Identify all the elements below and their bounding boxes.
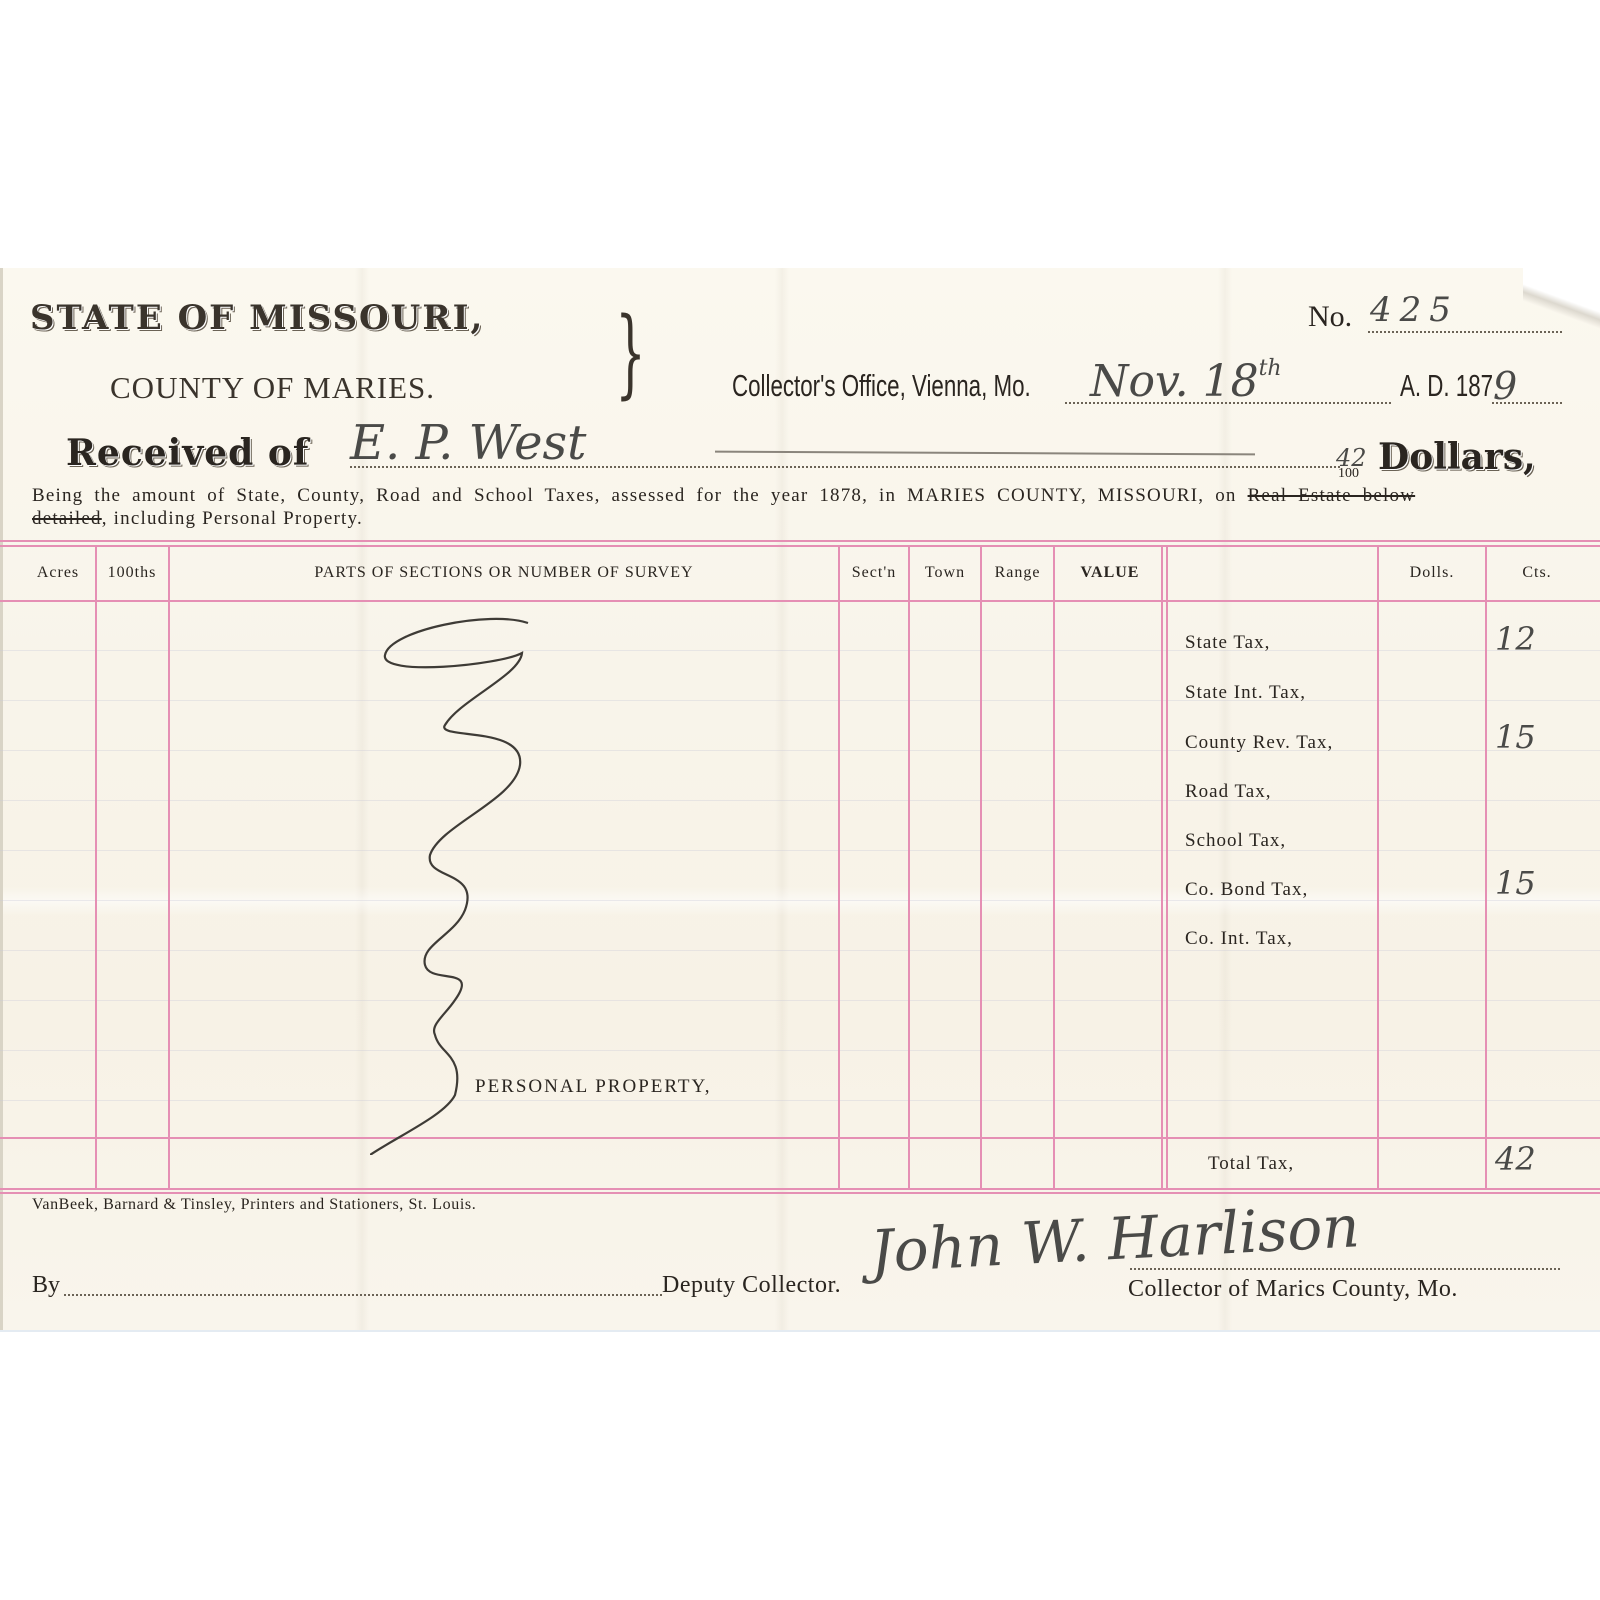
grid-line — [0, 600, 1600, 602]
tax-row-road: Road Tax, — [1185, 781, 1271, 803]
grid-line — [0, 545, 1600, 547]
personal-property-label: PERSONAL PROPERTY, — [475, 1076, 712, 1098]
brace-glyph: } — [615, 305, 646, 401]
printer-credit: VanBeek, Barnard & Tinsley, Printers and… — [32, 1196, 476, 1214]
tax-row-co-bond: Co. Bond Tax, — [1185, 879, 1308, 901]
grid-line — [1166, 545, 1168, 1190]
collector-title: Collector of Marics County, Mo. — [1128, 1276, 1458, 1303]
payer-name: E. P. West — [350, 415, 586, 471]
grid-line — [0, 1137, 1600, 1139]
tax-cents-state: 12 — [1495, 620, 1536, 658]
fold-crease — [775, 268, 789, 1330]
by-label: By — [32, 1272, 60, 1299]
column-header-range: Range — [982, 564, 1053, 582]
grid-line — [1053, 545, 1055, 1190]
grid-line — [1161, 545, 1163, 1190]
tax-row-county-rev: County Rev. Tax, — [1185, 732, 1333, 754]
anno-domini-label: A. D. 187 — [1400, 368, 1493, 404]
grid-line — [0, 1192, 1600, 1194]
description-line-1: Being the amount of State, County, Road … — [32, 485, 1415, 507]
total-tax-cents: 42 — [1495, 1140, 1536, 1178]
tax-row-state-int: State Int. Tax, — [1185, 682, 1306, 704]
column-header-parts-of-sections: PARTS OF SECTIONS OR NUMBER OF SURVEY — [170, 564, 838, 582]
column-header-value: VALUE — [1055, 564, 1165, 582]
handwritten-bracket-mark — [370, 615, 550, 1155]
column-header-100ths: 100ths — [97, 564, 167, 582]
column-header-acres: Acres — [22, 564, 94, 582]
total-tax-label: Total Tax, — [1208, 1153, 1294, 1175]
received-of-label: Received of — [66, 432, 309, 474]
grid-line — [168, 545, 170, 1190]
dollars-label: Dollars, — [1378, 436, 1536, 478]
grid-line — [1377, 545, 1379, 1190]
tax-receipt-paper — [0, 268, 1600, 1330]
year-digit: 9 — [1493, 364, 1517, 408]
amount-denominator: 100 — [1338, 466, 1359, 482]
deputy-signature-line — [64, 1294, 662, 1296]
receipt-number-line — [1368, 331, 1562, 333]
tax-row-school: School Tax, — [1185, 830, 1286, 852]
date-value: Nov. 18th — [1090, 356, 1282, 407]
tax-row-state: State Tax, — [1185, 632, 1270, 654]
column-header-town: Town — [910, 564, 980, 582]
column-header-dollars: Dolls. — [1379, 564, 1485, 582]
grid-line — [908, 545, 910, 1190]
tax-cents-county-rev: 15 — [1495, 718, 1536, 756]
fold-crease — [3, 886, 1600, 916]
description-line-2: detailed, including Personal Property. — [32, 508, 363, 530]
county-title: COUNTY OF MARIES. — [110, 370, 435, 406]
column-header-section: Sect'n — [840, 564, 908, 582]
deputy-collector-label: Deputy Collector. — [662, 1272, 841, 1299]
grid-line — [95, 545, 97, 1190]
column-header-cents: Cts. — [1487, 564, 1587, 582]
grid-line — [838, 545, 840, 1190]
tax-row-co-int: Co. Int. Tax, — [1185, 928, 1293, 950]
grid-line — [980, 545, 982, 1190]
state-title: STATE OF MISSOURI, — [30, 298, 484, 338]
grid-line — [1485, 545, 1487, 1190]
receipt-number-label: No. — [1308, 300, 1352, 334]
grid-line — [0, 1188, 1600, 1190]
tax-cents-co-bond: 15 — [1495, 864, 1536, 902]
receipt-number-value: 425 — [1370, 290, 1459, 330]
collector-office-label: Collector's Office, Vienna, Mo. — [732, 368, 1031, 404]
grid-line — [0, 540, 1600, 542]
